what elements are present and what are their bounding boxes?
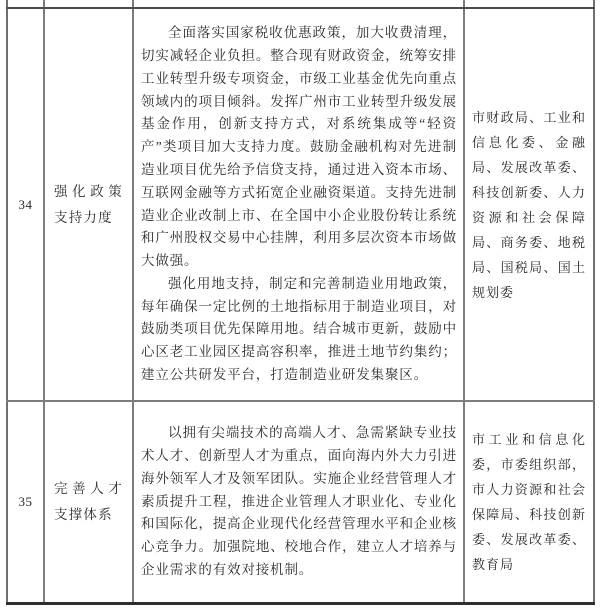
table-row-35-measure-cell: 完善人才支撑体系 — [45, 402, 132, 602]
content-paragraph: 全面落实国家税收优惠政策，加大收费清理，切实减轻企业负担。整合现有财政资金，统筹… — [141, 22, 457, 273]
responsible-departments: 市财政局、工业和信息化委、金融局、发展改革委、科技创新委、人力资源和社会保障局、… — [472, 105, 586, 305]
table-row-34-measure-cell: 强化政策支持力度 — [45, 9, 132, 400]
document-page: 34 强化政策支持力度 全面落实国家税收优惠政策，加大收费清理，切实减轻企业负担… — [0, 0, 603, 616]
table-row-34-departments-cell: 市财政局、工业和信息化委、金融局、发展改革委、科技创新委、人力资源和社会保障局、… — [465, 9, 593, 400]
table-row-35-content-cell: 以拥有尖端技术的高端人才、急需紧缺专业技术人才、创新型人才为重点，面向海内外大力… — [134, 402, 463, 602]
table-row-34-number-cell: 34 — [8, 9, 43, 400]
table-row-35-departments-cell: 市工业和信息化委，市委组织部，市人力资源和社会保障局、科技创新委、发展改革委、教… — [465, 402, 593, 602]
table-row-35-number-cell: 35 — [8, 402, 43, 602]
row-number: 35 — [19, 494, 33, 510]
responsible-departments: 市工业和信息化委，市委组织部，市人力资源和社会保障局、科技创新委、发展改革委、教… — [472, 427, 586, 577]
measure-name: 完善人才支撑体系 — [54, 476, 123, 528]
table-border-bottom — [6, 602, 595, 605]
content-paragraph: 以拥有尖端技术的高端人才、急需紧缺专业技术人才、创新型人才为重点，面向海内外大力… — [141, 422, 457, 582]
row-number: 34 — [19, 197, 33, 213]
content-paragraph: 强化用地支持，制定和完善制造业用地政策，每年确保一定比例的土地指标用于制造业项目… — [141, 273, 457, 387]
table-border-right — [593, 0, 595, 605]
table-row-34-content-cell: 全面落实国家税收优惠政策，加大收费清理，切实减轻企业负担。整合现有财政资金，统筹… — [134, 9, 463, 400]
measure-name: 强化政策支持力度 — [54, 179, 123, 231]
